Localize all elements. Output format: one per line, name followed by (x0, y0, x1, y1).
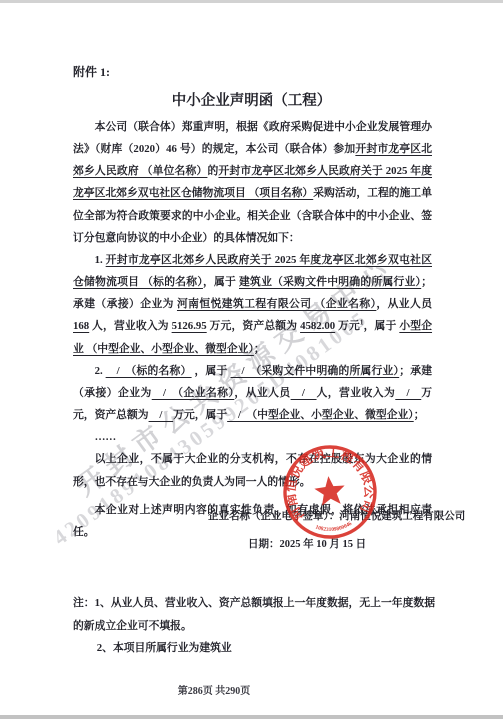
text-segment: 万元，资产总额为 (207, 320, 300, 332)
note-2: 2、本项目所属行业为建筑业 (73, 637, 435, 660)
text-segment: / （标的名称） (106, 365, 192, 377)
text-segment: 于 (216, 409, 227, 421)
text-segment: ； (414, 409, 425, 421)
text-segment: ，属于 (363, 320, 399, 332)
text-segment: 人，营业收入为 (317, 387, 396, 399)
text-segment: ，从业人员 (376, 298, 432, 310)
item-1-paragraph: 1. 开封市龙亭区北郊乡人民政府关于 2025 年度龙亭区北郊乡双屯社区仓储物流… (73, 249, 432, 360)
text-segment: 河南恒悦建筑工程有限公司 （企业名称） (177, 298, 376, 310)
star-icon (313, 474, 346, 506)
text-segment: ，属于 (203, 276, 239, 288)
text-segment: 5126.95 (172, 320, 207, 332)
document-page: 开封市公共资源交易中心 4209189108430599205D4081005 … (0, 0, 503, 719)
intro-paragraph: 本公司（联合体）郑重声明，根据《政府采购促进中小企业发展管理办法》（财库（202… (73, 116, 432, 249)
bottom-border (0, 715, 503, 719)
note-1: 注：1、从业人员、营业收入、资产总额填报上一年度数据，无上一年度数据的新成立企业… (73, 592, 435, 637)
text-segment: ； (254, 343, 265, 355)
text-segment: / （企业名称） (152, 387, 235, 399)
text-segment: / (291, 387, 317, 399)
text-segment: 4582.00 (300, 320, 335, 332)
text-segment: ，属于 (192, 365, 231, 377)
text-segment: 万元，属 (173, 409, 216, 421)
top-border (0, 0, 503, 3)
text-segment: / (395, 387, 421, 399)
company-seal: 河南恒悦建筑工程有限公司 10823109800046 (269, 431, 390, 554)
text-segment: 168 (73, 320, 89, 332)
page-title: 中小企业声明函（工程） (0, 89, 503, 110)
text-segment: 人，营业收入为 (89, 320, 171, 332)
text-segment: 建筑业（采购文件中明确的所属行业） (239, 276, 421, 288)
page-number: 第286页 共290页 (0, 682, 428, 697)
item-2-paragraph: 2. / （标的名称） ，属于 / （采购文件中明确的所属行业）；承建（承接）企… (73, 360, 432, 426)
footnotes: 注：1、从业人员、营业收入、资产总额填报上一年度数据，无上一年度数据的新成立企业… (73, 592, 435, 660)
text-segment: 2. (95, 365, 106, 377)
text-segment: / （中型企业、小型企业、微型企业） (227, 409, 414, 421)
text-segment: 的 (207, 165, 218, 177)
text-segment: / （采购文件中明确的所属行业） (230, 365, 399, 377)
text-segment: 万元 (335, 320, 360, 332)
attachment-label: 附件 1: (73, 63, 110, 80)
text-segment: ，从业人员 (234, 387, 290, 399)
text-segment: / (149, 409, 174, 421)
text-segment: 1. (95, 254, 106, 266)
